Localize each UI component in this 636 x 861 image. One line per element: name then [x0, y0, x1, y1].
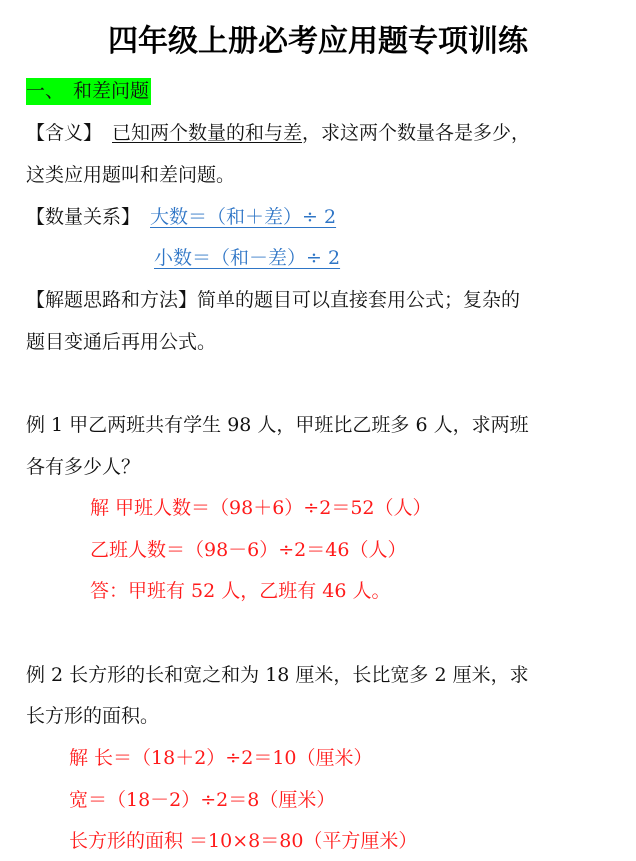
meaning-rest: ，求这两个数量各是多少， [302, 122, 530, 144]
section-number: 一、 [26, 78, 73, 105]
example-2-solution-line-3: 长方形的面积 ＝10×8＝80（平方厘米） [69, 829, 417, 853]
example-1-answer: 答：甲班有 52 人，乙班有 46 人。 [90, 579, 391, 603]
meaning-line-2: 这类应用题叫和差问题。 [26, 163, 235, 187]
example-2-question-line-1: 例 2 长方形的长和宽之和为 18 厘米，长比宽多 2 厘米，求 [26, 663, 529, 687]
example-1-question-line-2: 各有多少人？ [26, 455, 140, 479]
meaning-underlined-text: 已知两个数量的和与差 [112, 122, 302, 144]
formula-small-number: 小数＝（和－差）÷ 2 [154, 247, 340, 269]
method-line-1: 【解题思路和方法】简单的题目可以直接套用公式；复杂的 [26, 288, 520, 312]
example-1-solution-line-1: 解 甲班人数＝（98＋6）÷2＝52（人） [90, 496, 432, 520]
meaning-line-1: 【含义】已知两个数量的和与差，求这两个数量各是多少， [26, 121, 530, 145]
example-2-solution-line-1: 解 长＝（18＋2）÷2＝10（厘米） [69, 746, 373, 770]
example-2-question-line-2: 长方形的面积。 [26, 704, 159, 728]
formula-big-number: 大数＝（和＋差）÷ 2 [150, 206, 336, 228]
relation-line-1: 【数量关系】大数＝（和＋差）÷ 2 [26, 205, 336, 229]
example-1-solution-line-2: 乙班人数＝（98－6）÷2＝46（人） [90, 538, 406, 562]
relation-line-2: 小数＝（和－差）÷ 2 [154, 246, 340, 270]
example-2-solution-line-2: 宽＝（18－2）÷2＝8（厘米） [69, 788, 335, 812]
page-title: 四年级上册必考应用题专项训练 [0, 22, 636, 62]
method-line-2: 题目变通后再用公式。 [26, 330, 216, 354]
meaning-label: 【含义】 [26, 122, 102, 144]
example-1-question-line-1: 例 1 甲乙两班共有学生 98 人，甲班比乙班多 6 人，求两班 [26, 413, 529, 437]
relation-label: 【数量关系】 [26, 206, 140, 228]
method-label: 【解题思路和方法】 [26, 289, 197, 311]
section-title: 和差问题 [73, 80, 149, 102]
section-heading: 一、和差问题 [26, 78, 151, 105]
method-text: 简单的题目可以直接套用公式；复杂的 [197, 289, 520, 311]
